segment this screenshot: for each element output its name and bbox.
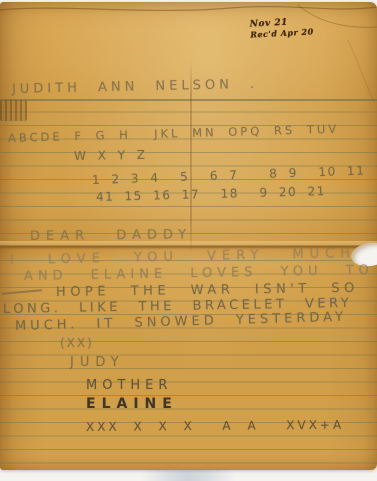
- signature-judy: JUDY: [70, 355, 125, 370]
- ink-date-note: Nov 21 Rec'd Apr 20: [250, 16, 314, 39]
- kisses-note: (XX): [60, 336, 94, 350]
- letter-scan: Nov 21 Rec'd Apr 20 JUDITH ANN NELSON . …: [0, 0, 377, 481]
- salutation-line: DEAR DADDY: [30, 227, 192, 244]
- paper-sheet: Nov 21 Rec'd Apr 20 JUDITH ANN NELSON . …: [0, 2, 377, 470]
- wrinkle-lines: [0, 2, 377, 122]
- signature-elaine: ELAINE: [86, 396, 178, 412]
- kisses-row: XXX X X X A A XVX+A: [86, 418, 344, 434]
- alphabet-line-2: W X Y Z: [74, 148, 149, 163]
- signature-mother: MOTHER: [86, 378, 172, 393]
